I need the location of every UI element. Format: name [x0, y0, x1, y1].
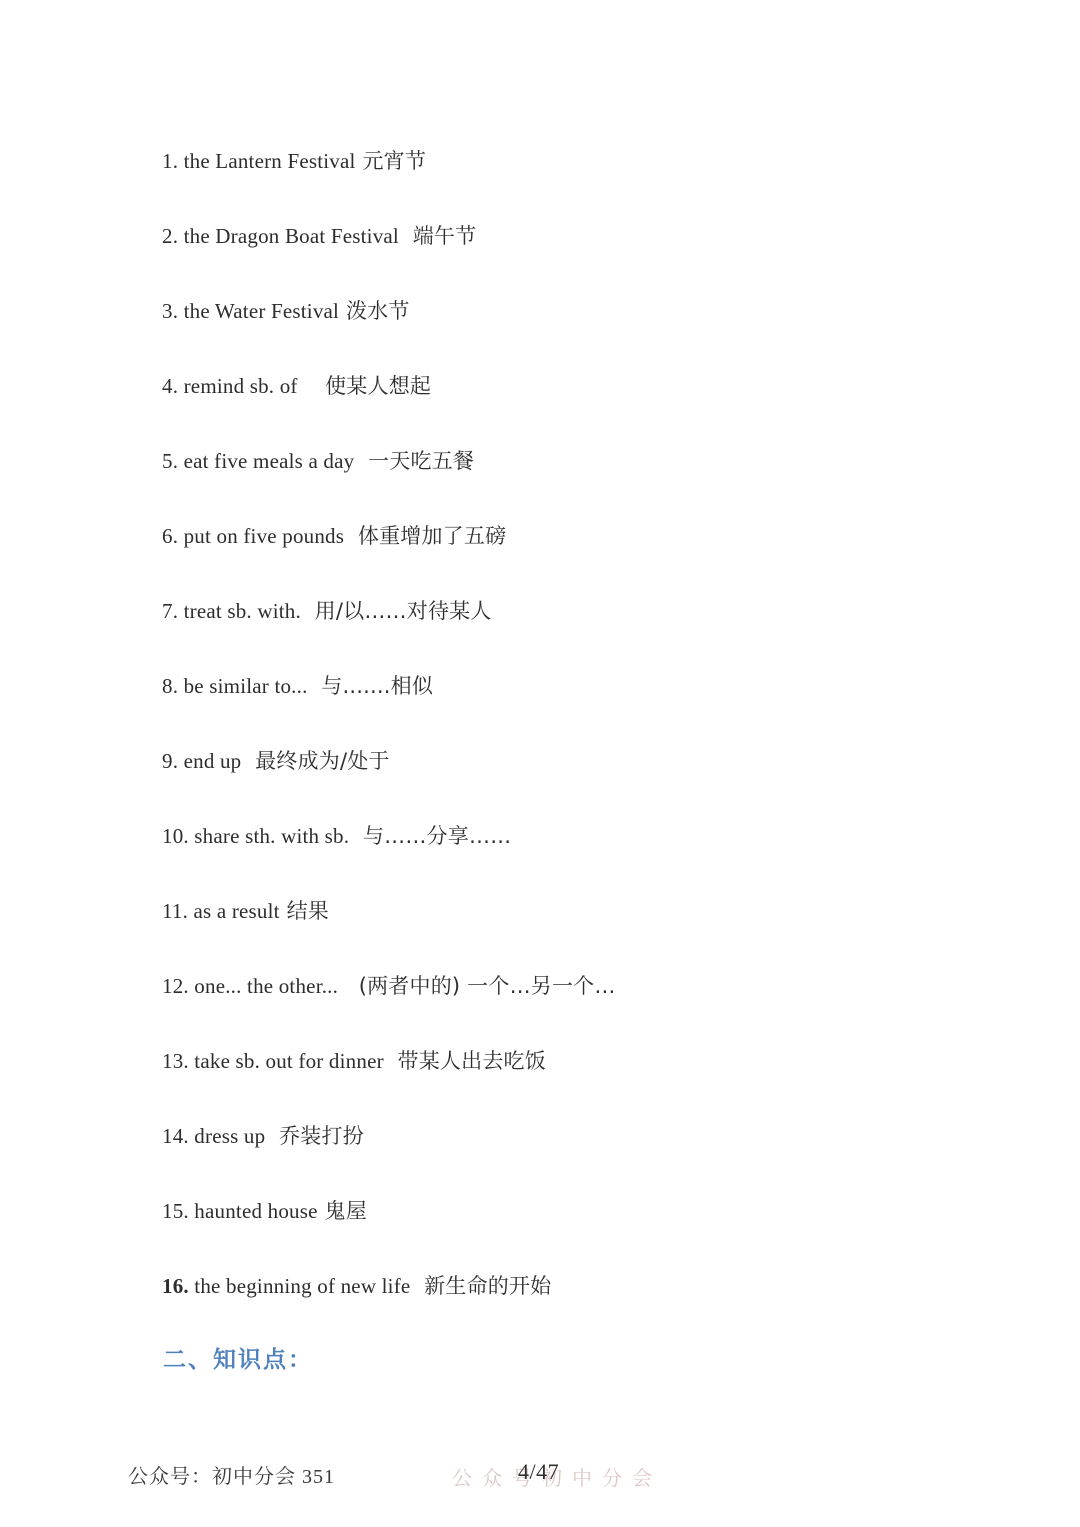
footer-account-label: 公众号：初中分会 351	[128, 1460, 335, 1489]
phrase-list: 1. the Lantern Festival 元宵节 2. the Drago…	[162, 146, 1040, 1346]
item-english-phrase: the beginning of new life	[189, 1274, 411, 1298]
item-number: 8.	[162, 674, 178, 698]
item-chinese-translation: 与.......相似	[308, 674, 433, 698]
item-chinese-translation: 体重增加了五磅	[344, 524, 506, 548]
item-number: 5.	[162, 449, 178, 473]
item-number: 10.	[162, 824, 189, 848]
item-english-phrase: end up	[178, 749, 241, 773]
item-english-phrase: the Dragon Boat Festival	[178, 224, 399, 248]
document-page: 1. the Lantern Festival 元宵节 2. the Drago…	[0, 0, 1080, 1527]
list-item: 9. end up 最终成为/处于	[162, 746, 1040, 777]
item-number: 13.	[162, 1049, 189, 1073]
item-number: 12.	[162, 974, 189, 998]
item-chinese-translation: 带某人出去吃饭	[384, 1049, 546, 1073]
item-english-phrase: the Lantern Festival	[178, 149, 355, 173]
list-item: 10. share sth. with sb. 与……分享……	[162, 821, 1040, 852]
list-item: 15. haunted house 鬼屋	[162, 1196, 1040, 1227]
item-number: 4.	[162, 374, 178, 398]
item-english-phrase: eat five meals a day	[178, 449, 354, 473]
list-item: 2. the Dragon Boat Festival 端午节	[162, 221, 1040, 252]
item-chinese-translation: 端午节	[399, 224, 476, 248]
item-chinese-translation: 新生命的开始	[410, 1274, 551, 1298]
item-number: 15.	[162, 1199, 189, 1223]
list-item: 13. take sb. out for dinner 带某人出去吃饭	[162, 1046, 1040, 1077]
list-item: 6. put on five pounds 体重增加了五磅	[162, 521, 1040, 552]
item-number: 9.	[162, 749, 178, 773]
item-english-phrase: share sth. with sb.	[189, 824, 349, 848]
item-english-phrase: as a result	[188, 899, 280, 923]
list-item: 8. be similar to... 与.......相似	[162, 671, 1040, 702]
item-chinese-translation: 使某人想起	[298, 374, 432, 398]
item-number: 16.	[162, 1274, 189, 1298]
item-number: 14.	[162, 1124, 189, 1148]
item-chinese-translation: 乔装打扮	[265, 1124, 364, 1148]
list-item: 1. the Lantern Festival 元宵节	[162, 146, 1040, 177]
item-english-phrase: haunted house	[189, 1199, 318, 1223]
item-number: 2.	[162, 224, 178, 248]
item-chinese-translation: 一天吃五餐	[354, 449, 474, 473]
list-item: 4. remind sb. of 使某人想起	[162, 371, 1040, 402]
section-heading: 二、知识点：	[163, 1341, 313, 1374]
item-chinese-translation: 结果	[280, 899, 329, 923]
item-number: 1.	[162, 149, 178, 173]
item-number: 6.	[162, 524, 178, 548]
item-english-phrase: be similar to...	[178, 674, 307, 698]
item-english-phrase: put on five pounds	[178, 524, 344, 548]
item-english-phrase: treat sb. with.	[178, 599, 301, 623]
item-number: 7.	[162, 599, 178, 623]
list-item: 3. the Water Festival 泼水节	[162, 296, 1040, 327]
item-english-phrase: dress up	[189, 1124, 265, 1148]
item-chinese-translation: (两者中的) 一个…另一个…	[338, 974, 616, 998]
page-number: 4/47	[518, 1459, 559, 1485]
item-chinese-translation: 鬼屋	[318, 1199, 367, 1223]
item-chinese-translation: 与……分享……	[349, 824, 511, 848]
item-chinese-translation: 用/以……对待某人	[301, 599, 492, 623]
item-english-phrase: remind sb. of	[178, 374, 297, 398]
list-item: 11. as a result 结果	[162, 896, 1040, 927]
list-item: 14. dress up 乔装打扮	[162, 1121, 1040, 1152]
list-item: 16. the beginning of new life 新生命的开始	[162, 1271, 1040, 1302]
list-item: 12. one... the other... (两者中的) 一个…另一个…	[162, 971, 1040, 1002]
item-english-phrase: one... the other...	[189, 974, 338, 998]
list-item: 7. treat sb. with. 用/以……对待某人	[162, 596, 1040, 627]
item-english-phrase: the Water Festival	[178, 299, 339, 323]
item-number: 11.	[162, 899, 188, 923]
item-english-phrase: take sb. out for dinner	[189, 1049, 384, 1073]
item-chinese-translation: 最终成为/处于	[241, 749, 389, 773]
item-chinese-translation: 泼水节	[339, 299, 409, 323]
list-item: 5. eat five meals a day 一天吃五餐	[162, 446, 1040, 477]
item-number: 3.	[162, 299, 178, 323]
item-chinese-translation: 元宵节	[356, 149, 426, 173]
